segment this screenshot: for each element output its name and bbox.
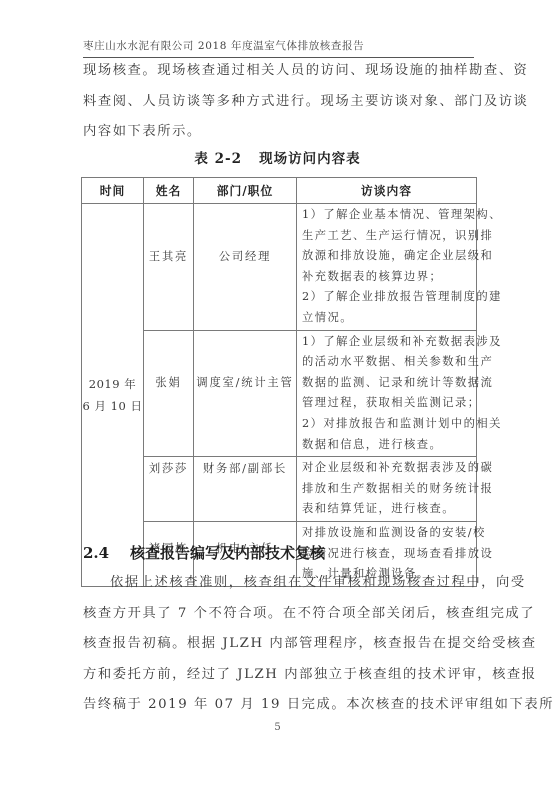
person-name: 刘莎莎	[144, 457, 193, 476]
content-line: 2）对排放报告和监测计划中的相关	[302, 414, 472, 435]
name-cell: 刘莎莎	[144, 457, 194, 522]
visit-date-day: 6 月 10 日	[82, 395, 143, 417]
table-caption: 表 2-2 现场访问内容表	[0, 147, 555, 167]
paragraph-line: 现场核查。现场核查通过相关人员的访问、现场设施的抽样勘查、资	[83, 56, 475, 87]
column-header-name: 姓名	[144, 178, 194, 204]
paragraph-line: 依据上述核查准则，核查组在文件审核和现场核查过程中，向受	[83, 568, 475, 599]
content-cell: 对企业层级和补充数据表涉及的碳 排放和生产数据相关的财务统计报 表和结算凭证，进…	[297, 457, 477, 522]
content-line: 对企业层级和补充数据表涉及的碳	[302, 458, 472, 479]
paragraph-line: 核查报告初稿。根据 JLZH 内部管理程序，核查报告在提交给受核查	[83, 629, 475, 660]
person-dept: 财务部/副部长	[194, 457, 296, 476]
dept-cell: 调度室/统计主管	[194, 330, 297, 457]
content-line: 数据的监测、记录和统计等数据流	[302, 373, 472, 394]
name-cell: 张娟	[144, 330, 194, 457]
column-header-time: 时间	[82, 178, 144, 204]
content-line: 补充数据表的核算边界；	[302, 267, 472, 288]
content-line: 放源和排放设施，确定企业层级和	[302, 246, 472, 267]
content-line: 对排放设施和监测设备的安装/校	[302, 523, 472, 544]
section-heading: 2.4 核查报告编写及内部技术复核	[83, 542, 325, 563]
person-name: 王其亮	[144, 204, 193, 264]
site-visit-table: 时间 姓名 部门/职位 访谈内容 2019 年 6 月 10 日 王其亮 公司经…	[81, 177, 477, 587]
dept-cell: 公司经理	[194, 204, 297, 331]
content-line: 数据和信息，进行核查。	[302, 435, 472, 456]
person-name: 张娟	[144, 331, 193, 390]
content-cell: 1）了解企业层级和补充数据表涉及 的活动水平数据、相关参数和生产 数据的监测、记…	[297, 330, 477, 457]
content-line: 2）了解企业排放报告管理制度的建	[302, 287, 472, 308]
person-dept: 调度室/统计主管	[194, 331, 296, 390]
visit-date-year: 2019 年	[82, 373, 143, 395]
paragraph-line: 方和委托方前，经过了 JLZH 内部独立于核查组的技术评审，核查报	[83, 660, 475, 691]
content-line: 管理过程，获取相关监测记录；	[302, 393, 472, 414]
content-cell: 1）了解企业基本情况、管理架构、 生产工艺、生产运行情况，识别排 放源和排放设施…	[297, 204, 477, 331]
visit-date-cell: 2019 年 6 月 10 日	[82, 204, 144, 587]
content-line: 1）了解企业基本情况、管理架构、	[302, 205, 472, 226]
table-header-row: 时间 姓名 部门/职位 访谈内容	[82, 178, 477, 204]
paragraph-line: 内容如下表所示。	[83, 117, 475, 148]
page-number: 5	[0, 722, 555, 733]
name-cell: 王其亮	[144, 204, 194, 331]
content-line: 表和结算凭证，进行核查。	[302, 499, 472, 520]
content-line: 排放和生产数据相关的财务统计报	[302, 479, 472, 500]
dept-cell: 财务部/副部长	[194, 457, 297, 522]
column-header-dept: 部门/职位	[194, 178, 297, 204]
content-line: 的活动水平数据、相关参数和生产	[302, 352, 472, 373]
running-header: 枣庄山水水泥有限公司 2018 年度温室气体排放核查报告	[83, 38, 474, 58]
intro-paragraph: 现场核查。现场核查通过相关人员的访问、现场设施的抽样勘查、资 料查阅、人员访谈等…	[83, 56, 475, 148]
table-row: 2019 年 6 月 10 日 王其亮 公司经理 1）了解企业基本情况、管理架构…	[82, 204, 477, 331]
column-header-content: 访谈内容	[297, 178, 477, 204]
content-line: 立情况。	[302, 308, 472, 329]
content-line: 生产工艺、生产运行情况，识别排	[302, 226, 472, 247]
content-line: 1）了解企业层级和补充数据表涉及	[302, 332, 472, 353]
section-paragraph: 依据上述核查准则，核查组在文件审核和现场核查过程中，向受 核查方开具了 7 个不…	[83, 568, 475, 721]
paragraph-line: 告终稿于 2019 年 07 月 19 日完成。本次核查的技术评审组如下表所	[83, 690, 475, 721]
paragraph-line: 料查阅、人员访谈等多种方式进行。现场主要访谈对象、部门及访谈	[83, 87, 475, 118]
person-dept: 公司经理	[194, 204, 296, 264]
paragraph-line: 核查方开具了 7 个不符合项。在不符合项全部关闭后，核查组完成了	[83, 599, 475, 630]
content-line: 验情况进行核查，现场查看排放设	[302, 544, 472, 565]
